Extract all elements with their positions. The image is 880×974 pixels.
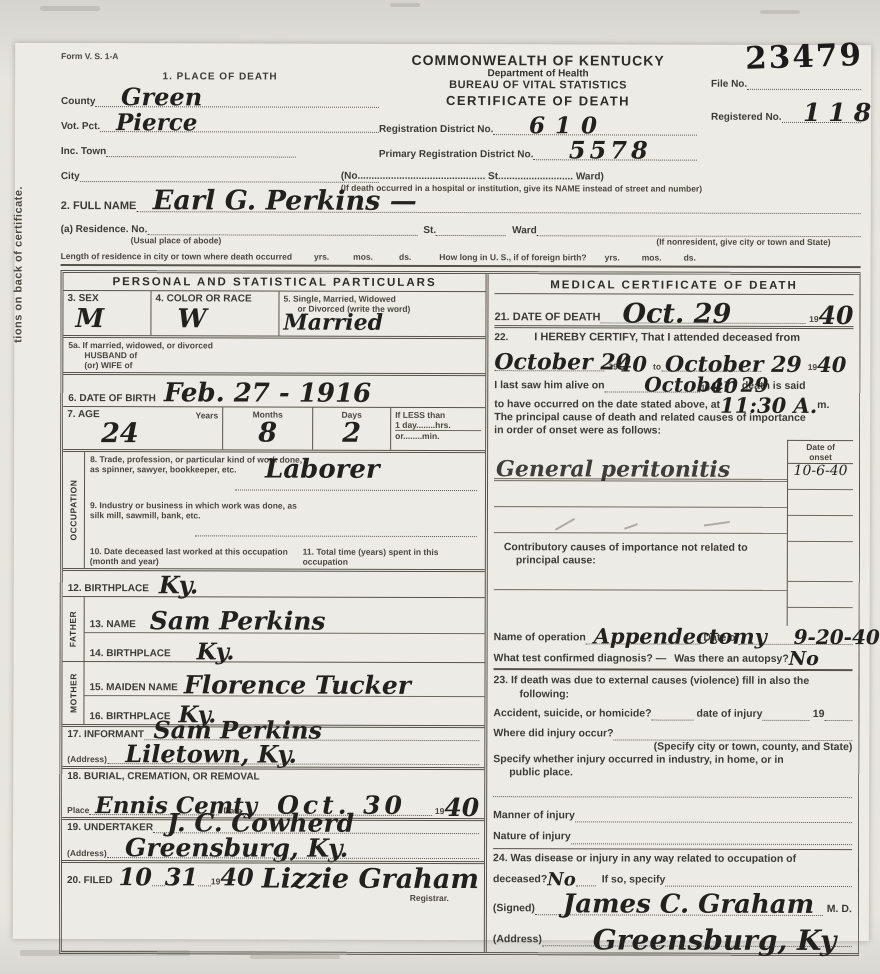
- cause-row-2: [494, 481, 787, 508]
- city-label: City: [61, 171, 80, 182]
- occupation-side-label: OCCUPATION: [63, 452, 85, 568]
- howlong-mos: mos.: [642, 253, 662, 263]
- registered-no-value: 118: [803, 100, 879, 125]
- deceased-value: No: [547, 871, 576, 889]
- operation-value: Appendectomy: [594, 626, 767, 647]
- to-label: to: [653, 362, 661, 372]
- marital-cell: 5. Single, Married, Widowed or Divorced …: [279, 292, 485, 337]
- registration-district-line: Registration District No. 610: [379, 124, 697, 136]
- filed-row: 20. FILED 10 31 19 40 Lizzie Graham: [67, 865, 479, 887]
- doctor-addr-value: Greensburg, Ky: [593, 926, 837, 955]
- county-value: Green: [121, 85, 202, 109]
- industry-fill: [195, 532, 477, 537]
- father-name-value: Sam Perkins: [150, 608, 326, 633]
- father-name-row: 13. NAME Sam Perkins: [85, 597, 485, 634]
- dod-label: 21. DATE OF DEATH: [494, 311, 600, 323]
- lastworked-row: 10. Date deceased last worked at this oc…: [85, 544, 485, 569]
- stray-mark: [555, 518, 575, 530]
- contributory-line2: principal cause:: [494, 555, 787, 569]
- cause-row-1: General peritonitis: [494, 455, 787, 482]
- nature-row: Nature of injury: [493, 831, 852, 845]
- injury-year-fill: [824, 717, 852, 721]
- informant-addr-label: (Address): [67, 754, 107, 764]
- age-label: 7. AGE: [67, 409, 99, 420]
- onset-header: Date of onset: [788, 441, 853, 464]
- filed-year-prefix: 19: [211, 876, 220, 886]
- onset-5: [788, 582, 853, 608]
- specify-line2: public place.: [493, 766, 852, 780]
- where-note: (Specify city or town, county, and State…: [493, 740, 852, 754]
- lastsaw-value: October 29: [644, 375, 768, 395]
- abode-note: (Usual place of abode): [131, 235, 222, 245]
- age-row: 7. AGE Years 24 Months 8 Days 2 If: [63, 406, 485, 450]
- place-of-death-title: 1. PLACE OF DEATH: [61, 71, 379, 83]
- father-birthplace-row: 14. BIRTHPLACE Ky.: [85, 633, 485, 662]
- filed-fill2: [198, 882, 211, 886]
- header: Form V. S. 1-A 1. PLACE OF DEATH County …: [61, 51, 861, 184]
- trade-value: Laborer: [265, 457, 380, 483]
- burial-label: 18. BURIAL, CREMATION, OR REMOVAL: [67, 771, 479, 783]
- mother-side-text: MOTHER: [68, 673, 78, 713]
- dod-year: 40: [819, 303, 854, 328]
- date-of-death-row: 21. DATE OF DEATH Oct. 29 19 40: [494, 293, 853, 326]
- father-side-text: FATHER: [68, 611, 78, 647]
- precinct-value: Pierce: [116, 111, 197, 134]
- where-row: Where did injury occur?: [493, 727, 852, 741]
- husband-wife-cell: 5a. If married, widowed, or divorced HUS…: [63, 335, 485, 373]
- department-title: Department of Health: [379, 68, 697, 80]
- manner-fill: [575, 819, 852, 824]
- injury-year: 19: [813, 708, 825, 721]
- signed-label: (Signed): [493, 902, 535, 915]
- file-no-fill: [747, 86, 861, 90]
- industry-label: 9. Industry or business in which work wa…: [90, 500, 310, 521]
- birthplace-label: 12. BIRTHPLACE: [68, 583, 149, 594]
- father-bp-label: 14. BIRTHPLACE: [90, 648, 171, 659]
- residence-label: (a) Residence. No.: [61, 224, 148, 235]
- certificate-paper: tions on back of certificate. Form V. S.…: [13, 43, 871, 941]
- autopsy-row: What test confirmed diagnosis? — Was the…: [494, 650, 853, 672]
- signed-value: James C. Graham: [563, 891, 814, 918]
- operation-row: Name of operation Appendectomy Date of 9…: [494, 631, 853, 645]
- specify-line1: Specify whether injury occurred in indus…: [493, 753, 852, 767]
- undertaker-label: 19. UNDERTAKER: [67, 822, 153, 833]
- occurred-text: to have occurred on the date stated abov…: [494, 398, 720, 412]
- less-line1: If LESS than: [395, 410, 481, 420]
- age-days-cell: Days 2: [313, 408, 391, 450]
- birthplace-row: 12. BIRTHPLACE Ky.: [63, 568, 485, 597]
- ifso-fill: [665, 882, 852, 886]
- certificate-title: CERTIFICATE OF DEATH: [379, 93, 697, 109]
- father-block: FATHER 13. NAME Sam Perkins 14. BIRTHPLA…: [63, 596, 485, 662]
- q5a-line3: (or) WIFE of: [68, 360, 480, 371]
- residence-line: (a) Residence. No. St. Ward: [61, 224, 861, 237]
- mother-side-label: MOTHER: [62, 662, 84, 724]
- onset-1-value: 10-6-40: [794, 463, 848, 479]
- file-no-stamp: 23479: [745, 37, 864, 77]
- inc-town-line: Inc. Town: [61, 146, 379, 158]
- occupation-side-text: OCCUPATION: [68, 480, 78, 541]
- scan-smudge: [40, 6, 100, 11]
- accident-row: Accident, suicide, or homicide? date of …: [493, 707, 852, 721]
- length-mos: mos.: [353, 252, 373, 262]
- registration-district-label: Registration District No.: [379, 124, 493, 135]
- accident-fill: [652, 716, 694, 720]
- primary-district-label: Primary Registration District No.: [379, 149, 534, 160]
- main-grid: PERSONAL AND STATISTICAL PARTICULARS 3. …: [59, 270, 861, 956]
- residence-st-fill: [436, 232, 506, 236]
- personal-column: PERSONAL AND STATISTICAL PARTICULARS 3. …: [62, 273, 489, 952]
- onset-1: 10-6-40: [788, 464, 853, 490]
- primary-district-line: Primary Registration District No. 5578: [379, 149, 697, 161]
- mother-name-row: 15. MAIDEN NAME Florence Tucker: [84, 662, 484, 697]
- md-label: M. D.: [827, 903, 852, 916]
- title-block: COMMONWEALTH OF KENTUCKY Department of H…: [379, 52, 697, 184]
- deceased-fill: [576, 882, 596, 886]
- birthplace-value: Ky.: [159, 573, 198, 597]
- informant-addr-value: Liletown, Ky.: [125, 742, 297, 766]
- precinct-label: Vot. Pct.: [61, 121, 100, 132]
- dob-row: 6. DATE OF BIRTH Feb. 27 - 1916: [63, 372, 485, 407]
- marital-value: Married: [283, 312, 481, 335]
- nature-label: Nature of injury: [493, 831, 571, 844]
- informant-block: 17. INFORMANT Sam Perkins (Address) Lile…: [62, 724, 484, 767]
- to-year: 40: [817, 354, 846, 375]
- residence-notes: (Usual place of abode) (If nonresident, …: [61, 235, 861, 247]
- years-value: 24: [67, 420, 218, 447]
- stray-mark: [704, 521, 730, 526]
- dob-label: 6. DATE OF BIRTH: [68, 393, 156, 404]
- form-number: Form V. S. 1-A: [61, 51, 379, 62]
- filed-block: 20. FILED 10 31 19 40 Lizzie Graham Regi…: [62, 860, 484, 909]
- undertaker-address-row: (Address) Greensburg, Ky.: [67, 848, 479, 859]
- howlong-yrs: yrs.: [605, 252, 620, 262]
- bureau-title: BUREAU OF VITAL STATISTICS: [379, 79, 697, 92]
- q23-line1: 23. If death was due to external causes …: [493, 675, 852, 689]
- onset-6: [788, 608, 853, 626]
- nature-fill: [571, 840, 852, 845]
- burial-year-prefix: 19: [435, 806, 444, 816]
- manner-row: Manner of injury: [493, 809, 852, 823]
- cause-lines: General peritonitis Contributory: [494, 439, 787, 626]
- sex-race-marital-row: 3. SEX M 4. COLOR OR RACE W 5. Single, M…: [63, 290, 485, 336]
- doctor-addr-label: (Address): [493, 933, 542, 946]
- less-line3: or........min.: [395, 430, 481, 441]
- residence-st-label: St.: [423, 225, 436, 236]
- inc-town-label: Inc. Town: [61, 146, 106, 157]
- external-causes-block: 23. If death was due to external causes …: [493, 671, 852, 845]
- trade-fill: [235, 486, 477, 491]
- operation-date-value: 9-20-40: [794, 627, 880, 647]
- margin-note: tions on back of certificate.: [12, 186, 24, 343]
- age-less-cell: If LESS than 1 day........hrs. or.......…: [391, 408, 485, 450]
- registrar-signature: Lizzie Graham: [262, 866, 479, 894]
- test-label: What test confirmed diagnosis? —: [494, 652, 667, 666]
- medical-column: MEDICAL CERTIFICATE OF DEATH 21. DATE OF…: [487, 274, 860, 953]
- personal-title: PERSONAL AND STATISTICAL PARTICULARS: [64, 273, 486, 291]
- cause-1-value: General peritonitis: [496, 458, 730, 481]
- mother-name-value: Florence Tucker: [184, 672, 411, 698]
- certify-line1: 22. I HEREBY CERTIFY, That I attended de…: [494, 331, 853, 344]
- file-no-line: File No.: [711, 79, 861, 90]
- occurred-line: to have occurred on the date stated abov…: [494, 394, 853, 412]
- undertaker-value: J. C. Cowherd: [167, 810, 354, 835]
- where-label: Where did injury occur?: [493, 727, 613, 740]
- to-year-prefix: 19: [808, 362, 817, 372]
- principal-line2: in order of onset were as follows:: [494, 424, 853, 438]
- sex-label: 3. SEX: [67, 293, 146, 304]
- filed-year: 40: [220, 865, 253, 889]
- q24-block: 24. Was disease or injury in any way rel…: [493, 848, 852, 953]
- manner-label: Manner of injury: [493, 809, 575, 822]
- onset-4: [788, 542, 853, 582]
- burial-place-label: Place: [67, 805, 89, 815]
- certify-line2: October 20 19 40 to October 29 19 40: [494, 353, 853, 372]
- q22-number: 22.: [494, 332, 508, 343]
- registered-no-line: Registered No. 118: [711, 112, 861, 123]
- totaltime-label: 11. Total time (years) spent in this occ…: [293, 547, 480, 567]
- onset-header-line1: Date of: [788, 442, 853, 452]
- q23-line2: following:: [493, 688, 852, 702]
- days-value: 2: [317, 420, 386, 447]
- commonwealth-title: COMMONWEALTH OF KENTUCKY: [379, 52, 697, 69]
- father-side-label: FATHER: [63, 597, 85, 661]
- m-label: m.: [817, 399, 829, 412]
- q24-line2: deceased? No If so, specify: [493, 871, 852, 887]
- race-label: 4. COLOR OR RACE: [155, 293, 274, 304]
- time-value: 11:30 A.: [720, 395, 817, 416]
- length-of-residence-row: Length of residence in city or town wher…: [61, 251, 861, 268]
- residence-ward-label: Ward: [512, 225, 537, 236]
- signed-row: (Signed) James C. Graham M. D.: [493, 902, 852, 916]
- city-line: City: [61, 171, 379, 183]
- registration-district-value: 610: [529, 114, 607, 137]
- place-of-death-block: Form V. S. 1-A 1. PLACE OF DEATH County …: [61, 51, 379, 183]
- medical-title: MEDICAL CERTIFICATE OF DEATH: [495, 276, 854, 294]
- onset-2: [788, 490, 853, 516]
- filed-month: 10: [119, 865, 152, 889]
- certify-block: 22. I HEREBY CERTIFY, That I attended de…: [494, 325, 853, 438]
- scanned-death-certificate: tions on back of certificate. Form V. S.…: [0, 0, 880, 974]
- length-yrs: yrs.: [314, 252, 329, 262]
- stray-mark: [624, 523, 638, 529]
- howlong-ds: ds.: [684, 253, 696, 263]
- operation-label: Name of operation: [494, 631, 586, 644]
- nonresident-note: (If nonresident, give city or town and S…: [656, 237, 830, 247]
- filed-day: 31: [165, 865, 198, 889]
- race-cell: 4. COLOR OR RACE W: [151, 291, 279, 335]
- undertaker-addr-label: (Address): [67, 848, 107, 858]
- mother-name-label: 15. MAIDEN NAME: [89, 682, 177, 693]
- trade-row: 8. Trade, profession, or particular kind…: [85, 452, 485, 499]
- lastworked-label: 10. Date deceased last worked at this oc…: [90, 546, 293, 567]
- contributory-line1: Contributory causes of importance not re…: [494, 541, 787, 555]
- lastsaw-line: I last saw him alive on October 29 19 40…: [494, 375, 853, 393]
- cause-row-5: [494, 590, 787, 611]
- full-name-value: Earl G. Perkins —: [153, 187, 417, 215]
- residence-ward-fill: [537, 232, 861, 237]
- months-value: 8: [227, 419, 308, 446]
- to-fill: [661, 368, 761, 372]
- occupation-block: OCCUPATION 8. Trade, profession, or part…: [63, 449, 485, 569]
- certify-text: I HEREBY CERTIFY, That I attended deceas…: [534, 331, 800, 344]
- scan-smudge: [250, 955, 340, 959]
- lastsaw-label: I last saw him alive on: [494, 379, 604, 392]
- sex-value: M: [67, 304, 146, 332]
- county-label: County: [61, 96, 95, 107]
- filed-fill1: [152, 882, 165, 886]
- precinct-line: Vot. Pct. Pierce: [61, 121, 379, 133]
- file-number-block: File No. 23479 Registered No. 118: [697, 53, 861, 184]
- dob-value: Feb. 27 - 1916: [164, 380, 371, 407]
- county-line: County Green: [61, 96, 379, 108]
- full-name-label: 2. FULL NAME: [61, 200, 137, 212]
- filed-label: 20. FILED: [67, 875, 113, 886]
- length-ds: ds.: [399, 252, 411, 262]
- full-name-line: 2. FULL NAME Earl G. Perkins —: [61, 200, 861, 214]
- industry-row: 9. Industry or business in which work wa…: [85, 498, 485, 545]
- autopsy-value: No: [789, 650, 819, 669]
- less-line2: 1 day........hrs.: [395, 420, 481, 430]
- onset-column: Date of onset 10-6-40: [787, 440, 853, 626]
- from-value: October 20: [494, 351, 631, 373]
- scan-smudge: [760, 10, 800, 14]
- dod-value: Oct. 29: [622, 300, 731, 327]
- scan-smudge: [390, 3, 420, 7]
- address-row: (Address) Greensburg, Ky: [493, 933, 852, 953]
- cause-row-4: [494, 570, 787, 591]
- registered-no-label: Registered No.: [711, 112, 782, 123]
- burial-year-value: 40: [444, 795, 479, 820]
- cause-table: General peritonitis Contributory: [494, 439, 853, 626]
- inc-town-fill: [106, 153, 296, 157]
- deceased-label: deceased?: [493, 873, 547, 886]
- city-fill: [80, 178, 379, 183]
- age-months-cell: Months 8: [223, 407, 313, 449]
- onset-header-line2: onset: [788, 452, 853, 462]
- age-years-cell: 7. AGE Years 24: [63, 407, 223, 449]
- contributory-block: Contributory causes of importance not re…: [494, 533, 787, 570]
- primary-district-value: 5578: [569, 138, 652, 162]
- father-name-label: 13. NAME: [90, 619, 136, 630]
- autopsy-label: Was there an autopsy?: [674, 653, 789, 666]
- father-bp-value: Ky.: [197, 640, 235, 663]
- injury-date-label: date of injury: [697, 707, 763, 720]
- onset-3: [788, 516, 853, 542]
- undertaker-block: 19. UNDERTAKER J. C. Cowherd (Address) G…: [62, 817, 484, 861]
- marital-label-1: 5. Single, Married, Widowed: [283, 294, 481, 305]
- cause-row-3: [494, 507, 787, 534]
- specify-fill: [493, 793, 852, 798]
- informant-address-row: (Address) Liletown, Ky.: [67, 754, 479, 765]
- q24-line1: 24. Was disease or injury in any way rel…: [493, 852, 852, 866]
- howlong-label: How long in U. S., if of foreign birth?: [439, 252, 586, 262]
- length-label: Length of residence in city or town wher…: [61, 251, 292, 262]
- race-value: W: [155, 304, 274, 332]
- dod-year-prefix: 19: [809, 314, 818, 324]
- residence-no-fill: [147, 231, 417, 236]
- undertaker-addr-value: Greensburg, Ky.: [125, 835, 348, 861]
- years-label: Years: [195, 410, 218, 420]
- file-no-label: File No.: [711, 79, 747, 90]
- hospital-note: (If death occurred in a hospital or inst…: [341, 183, 861, 194]
- ifso-label: If so, specify: [602, 873, 666, 886]
- accident-label: Accident, suicide, or homicide?: [493, 707, 651, 721]
- injury-date-fill: [762, 717, 809, 721]
- sex-cell: 3. SEX M: [63, 291, 151, 335]
